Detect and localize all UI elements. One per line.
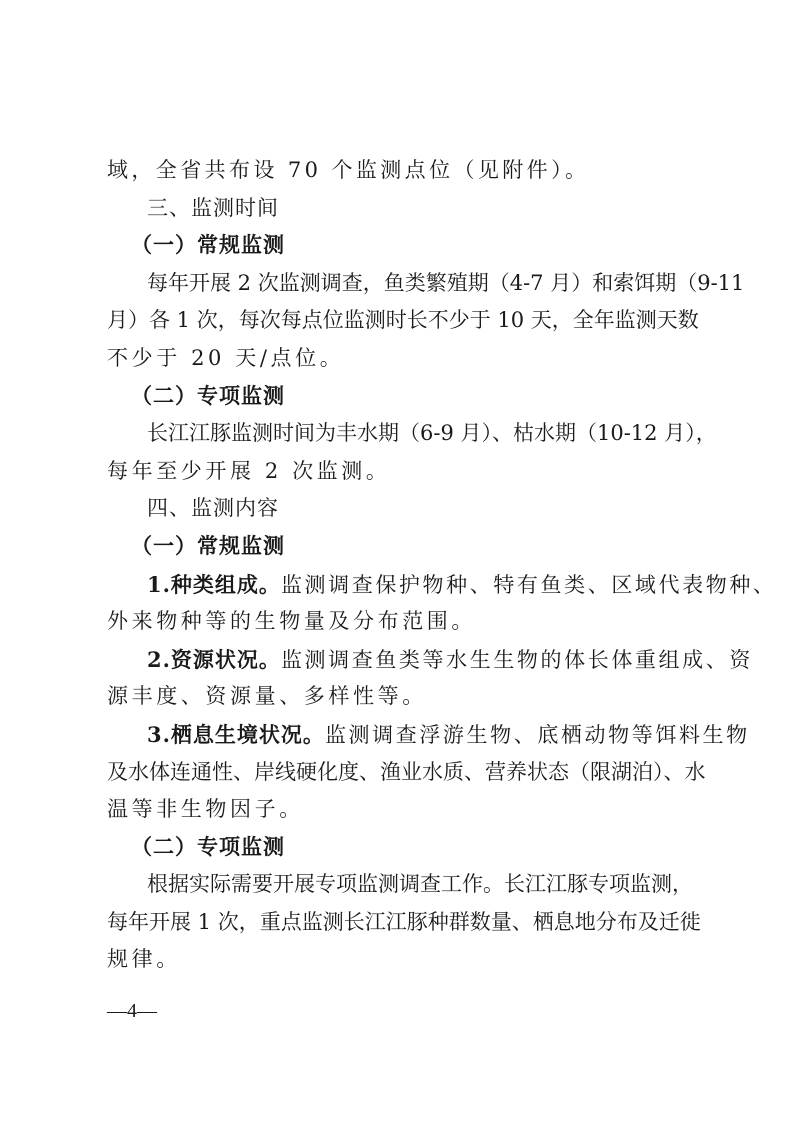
- paragraph-line: 不少于 20 天/点位。: [107, 340, 693, 378]
- paragraph-line: 源丰度、资源量、多样性等。: [107, 678, 693, 716]
- paragraph-line: 每年开展 2 次监测调查，鱼类繁殖期（4-7 月）和索饵期（9-11: [107, 265, 693, 303]
- item-text: 监测调查鱼类等水生生物的体长体重组成、资: [281, 648, 753, 672]
- item-lead: 1.种类组成。: [147, 572, 281, 597]
- section-heading-monitoring-time: 三、监测时间: [107, 190, 693, 228]
- paragraph-line: 温等非生物因子。: [107, 791, 693, 829]
- page-number: —4—: [107, 1000, 157, 1023]
- paragraph-line: 规律。: [107, 941, 693, 979]
- paragraph-line: 长江江豚监测时间为丰水期（6-9 月）、枯水期（10-12 月），: [107, 415, 693, 453]
- item-text: 监测调查浮游生物、底栖动物等饵料生物: [325, 723, 750, 747]
- paragraph-line: 外来物种等的生物量及分布范围。: [107, 603, 693, 641]
- section-heading-monitoring-content: 四、监测内容: [107, 490, 693, 528]
- subsection-heading-special-monitoring: （二）专项监测: [107, 829, 693, 867]
- paragraph-line: 根据实际需要开展专项监测调查工作。长江江豚专项监测，: [107, 866, 693, 904]
- paragraph-line: 每年开展 1 次，重点监测长江江豚种群数量、栖息地分布及迁徙: [107, 904, 693, 942]
- paragraph-line: 及水体连通性、岸线硬化度、渔业水质、营养状态（限湖泊）、水: [107, 754, 693, 792]
- item-lead: 2.资源状况。: [147, 647, 281, 672]
- subsection-heading-regular-monitoring: （一）常规监测: [107, 528, 693, 566]
- item-text: 监测调查保护物种、特有鱼类、区域代表物种、: [281, 573, 777, 597]
- item-lead: 3.栖息生境状况。: [147, 722, 325, 747]
- list-item-species-composition: 1.种类组成。监测调查保护物种、特有鱼类、区域代表物种、: [107, 566, 693, 604]
- subsection-heading-special-monitoring: （二）专项监测: [107, 378, 693, 416]
- list-item-habitat-status: 3.栖息生境状况。监测调查浮游生物、底栖动物等饵料生物: [107, 716, 693, 754]
- document-page: 域，全省共布设 70 个监测点位（见附件）。 三、监测时间 （一）常规监测 每年…: [107, 152, 693, 979]
- paragraph-line: 月）各 1 次，每次每点位监测时长不少于 10 天，全年监测天数: [107, 302, 693, 340]
- paragraph-line: 域，全省共布设 70 个监测点位（见附件）。: [107, 152, 693, 190]
- list-item-resource-status: 2.资源状况。监测调查鱼类等水生生物的体长体重组成、资: [107, 641, 693, 679]
- paragraph-line: 每年至少开展 2 次监测。: [107, 453, 693, 491]
- subsection-heading-regular-monitoring: （一）常规监测: [107, 227, 693, 265]
